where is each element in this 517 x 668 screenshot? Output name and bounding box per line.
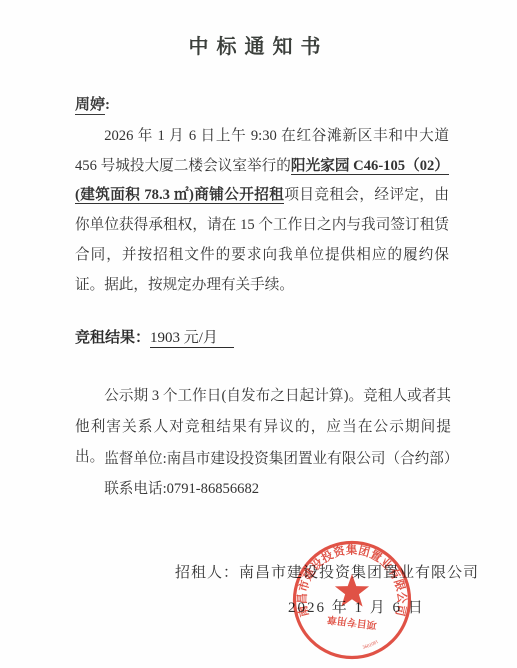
- seal-serial-number: 3601081: [362, 640, 380, 651]
- bid-result-label: 竞租结果：: [75, 330, 150, 346]
- scanned-document-page: 中标通知书 周婷: 2026 年 1 月 6 日上午 9:30 在红谷滩新区丰和…: [0, 0, 517, 668]
- body-paragraph-main: 2026 年 1 月 6 日上午 9:30 在红谷滩新区丰和中大道 456 号城…: [75, 122, 449, 300]
- bid-result-line: 竞租结果：1903 元/月: [75, 326, 234, 347]
- lessor-company-name: 南昌市建设投资集团置业有限公司: [239, 565, 479, 581]
- lessor-signature-line: 招租人：南昌市建设投资集团置业有限公司: [175, 561, 479, 582]
- addressee-name: 周婷: [75, 97, 105, 115]
- lessor-label: 招租人：: [175, 565, 239, 581]
- bid-result-value: 1903 元/月: [150, 330, 234, 348]
- signature-date: 2026 年 1 月 6 日: [288, 596, 425, 617]
- addressee-colon: :: [105, 97, 110, 113]
- contact-phone-line: 联系电话:0791-86856682: [75, 477, 504, 498]
- addressee-line: 周婷:: [75, 93, 110, 114]
- document-title: 中标通知书: [0, 30, 517, 59]
- supervisor-line: 监督单位:南昌市建设投资集团置业有限公司（合约部）: [75, 447, 504, 468]
